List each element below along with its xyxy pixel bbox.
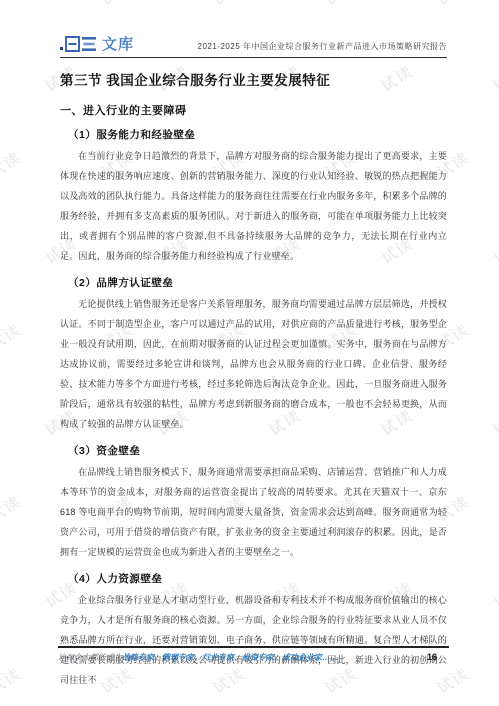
logo-mark-icon: [60, 34, 98, 54]
footer-slogan-prefix: 让每个人都能成为: [58, 653, 122, 662]
report-title: 2021-2025 年中国企业综合服务行业新产品进入市场策略研究报告: [198, 41, 447, 54]
brand-logo: 文库: [60, 33, 134, 54]
page-title: 第三节 我国企业综合服务行业主要发展特征: [60, 69, 447, 89]
footer-slogan: 让每个人都能成为战略专家、管理专家、行业专家、投资专家、成功企业家……: [58, 652, 338, 663]
page-content: 文库 2021-2025 年中国企业综合服务行业新产品进入市场策略研究报告 第三…: [0, 0, 499, 690]
page-header: 文库 2021-2025 年中国企业综合服务行业新产品进入市场策略研究报告: [60, 28, 447, 54]
subsection-heading-4: （4）人力资源壁垒: [68, 571, 447, 586]
page-number: 16: [427, 652, 449, 662]
subsection-heading-3: （3）资金壁垒: [68, 443, 447, 458]
subsection-paragraph-4: 企业综合服务行业是人才驱动型行业，机器设备和专利技术并不构成服务商价值输出的核心…: [60, 590, 447, 690]
logo-text: 文库: [102, 33, 134, 54]
footer-rule: [58, 646, 449, 648]
header-rule: [60, 57, 447, 58]
page-footer: 让每个人都能成为战略专家、管理专家、行业专家、投资专家、成功企业家…… 16: [58, 646, 449, 663]
subsection-paragraph-2: 无论提供线上销售服务还是客户关系管理服务，服务商均需要通过品牌方层层筛选，并授权…: [60, 294, 447, 434]
footer-row: 让每个人都能成为战略专家、管理专家、行业专家、投资专家、成功企业家…… 16: [58, 652, 449, 663]
subsection-heading-2: （2）品牌方认证壁垒: [68, 275, 447, 290]
subsection-paragraph-3: 在品牌线上销售服务模式下，服务商通常需要承担商品采购、店铺运营、营销推广和人力成…: [60, 462, 447, 562]
document-page: 试读试读试读试读试读试读试读试读试读试读试读试读试读试读试读试读试读试读试读试读…: [0, 0, 499, 706]
footer-slogan-highlight: 战略专家、管理专家、行业专家、投资专家、成功企业家……: [122, 653, 338, 662]
subsection-heading-1: （1）服务能力和经验壁垒: [68, 127, 447, 142]
section-heading: 一、进入行业的主要障碍: [60, 102, 447, 118]
subsection-paragraph-1: 在当前行业竞争日趋激烈的背景下，品牌方对服务商的综合服务能力提出了更高要求，主要…: [60, 146, 447, 266]
